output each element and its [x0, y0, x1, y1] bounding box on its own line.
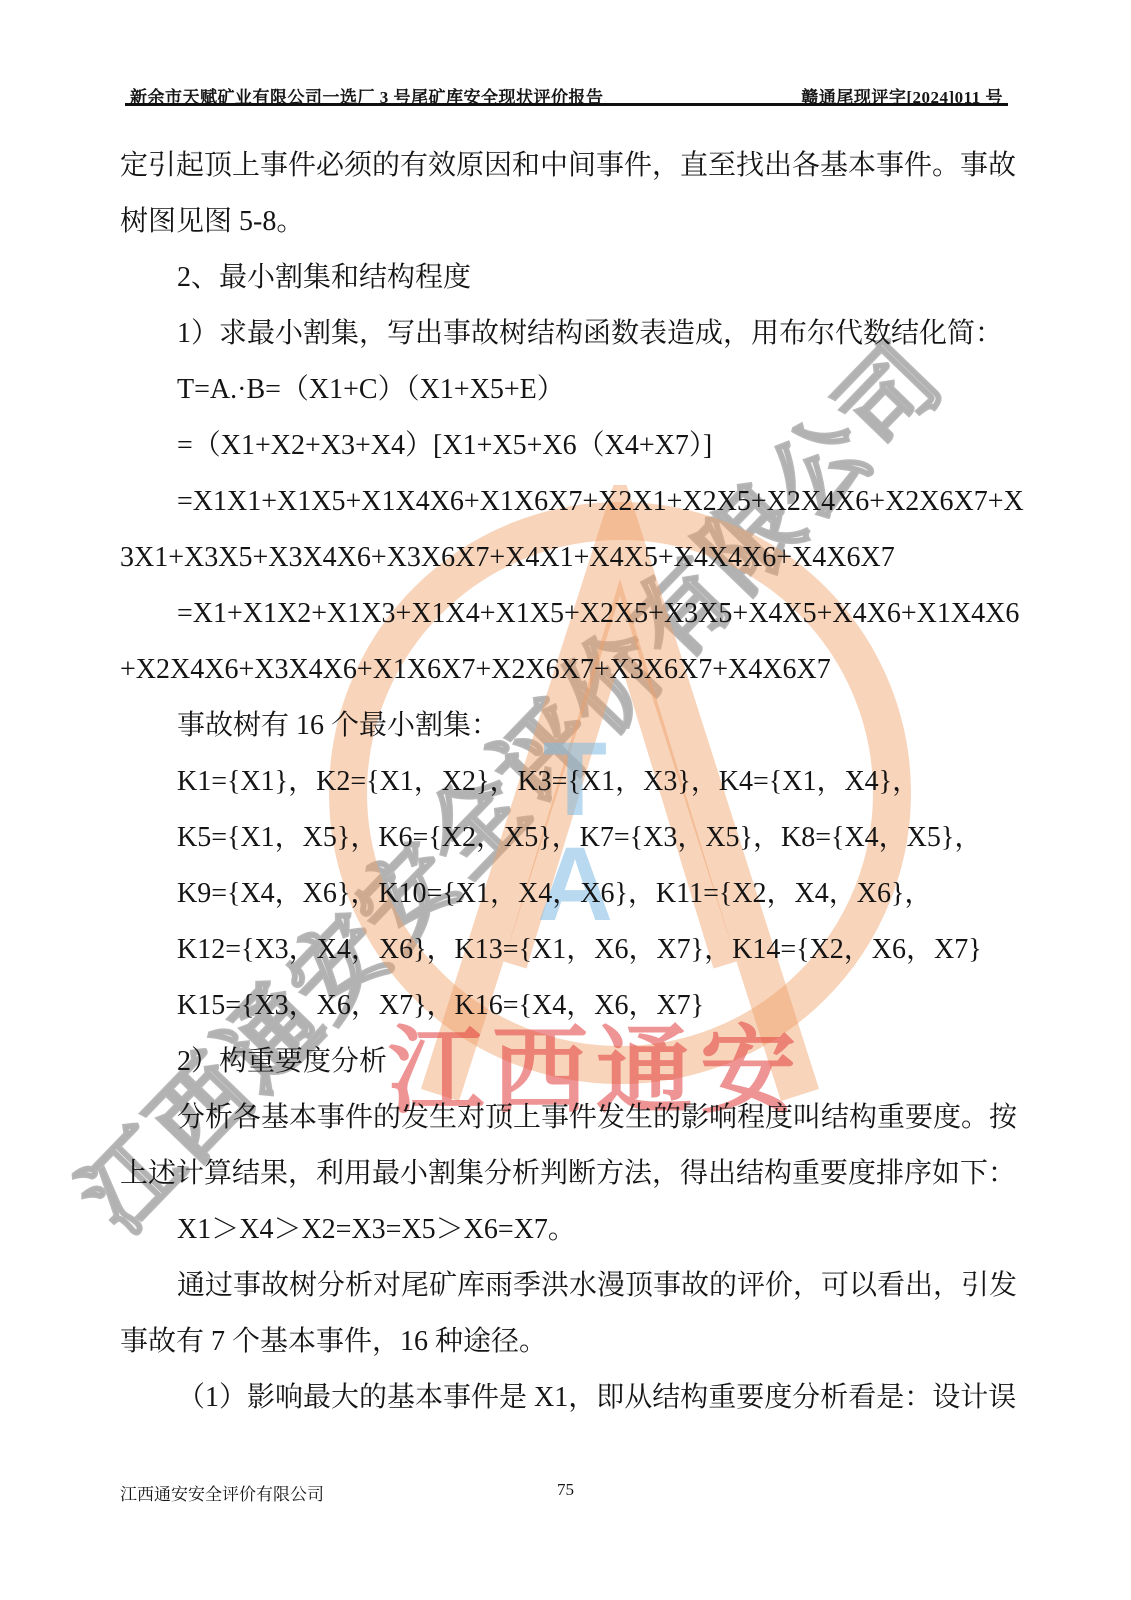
text-line: +X2X4X6+X3X4X6+X1X6X7+X2X6X7+X3X6X7+X4X6… — [120, 642, 1015, 698]
text-line: K1={X1}，K2={X1，X2}，K3={X1，X3}，K4={X1，X4}… — [120, 754, 1015, 810]
document-body: 定引起顶上事件必须的有效原因和中间事件，直至找出各基本事件。事故树图见图 5-8… — [120, 138, 1015, 1426]
text-line: 事故树有 16 个最小割集： — [120, 698, 1015, 754]
text-line: 上述计算结果，利用最小割集分析判断方法，得出结构重要度排序如下： — [120, 1146, 1015, 1202]
header-rule — [125, 103, 1008, 106]
text-line: 2）构重要度分析 — [120, 1034, 1015, 1090]
document-page: 江西通安安全评价有限公司 T A 江西通安 新余市天赋矿业有限公司一选厂 3 号… — [0, 0, 1131, 1600]
text-line: （1）影响最大的基本事件是 X1，即从结构重要度分析看是：设计误 — [120, 1370, 1015, 1426]
text-line: 1）求最小割集，写出事故树结构函数表造成，用布尔代数结化简： — [120, 306, 1015, 362]
text-line: K12={X3，X4，X6}，K13={X1，X6，X7}，K14={X2，X6… — [120, 922, 1015, 978]
text-line: 事故有 7 个基本事件，16 种途径。 — [120, 1314, 1015, 1370]
text-line: =X1+X1X2+X1X3+X1X4+X1X5+X2X5+X3X5+X4X5+X… — [120, 586, 1015, 642]
text-line: K9={X4，X6}，K10={X1，X4，X6}，K11={X2，X4，X6}… — [120, 866, 1015, 922]
text-line: T=A.·B=（X1+C）（X1+X5+E） — [120, 362, 1015, 418]
text-line: 2、最小割集和结构程度 — [120, 250, 1015, 306]
text-line: 树图见图 5-8。 — [120, 194, 1015, 250]
text-line: K5={X1，X5}，K6={X2，X5}，K7={X3，X5}，K8={X4，… — [120, 810, 1015, 866]
text-line: 3X1+X3X5+X3X4X6+X3X6X7+X4X1+X4X5+X4X4X6+… — [120, 530, 1015, 586]
text-line: 定引起顶上事件必须的有效原因和中间事件，直至找出各基本事件。事故 — [120, 138, 1015, 194]
text-line: =X1X1+X1X5+X1X4X6+X1X6X7+X2X1+X2X5+X2X4X… — [120, 474, 1015, 530]
page-number: 75 — [0, 1480, 1131, 1500]
text-line: K15={X3，X6，X7}，K16={X4，X6，X7} — [120, 978, 1015, 1034]
text-line: 分析各基本事件的发生对顶上事件发生的影响程度叫结构重要度。按 — [120, 1090, 1015, 1146]
text-line: =（X1+X2+X3+X4）[X1+X5+X6（X4+X7）] — [120, 418, 1015, 474]
text-line: X1＞X4＞X2=X3=X5＞X6=X7。 — [120, 1202, 1015, 1258]
text-line: 通过事故树分析对尾矿库雨季洪水漫顶事故的评价，可以看出，引发 — [120, 1258, 1015, 1314]
